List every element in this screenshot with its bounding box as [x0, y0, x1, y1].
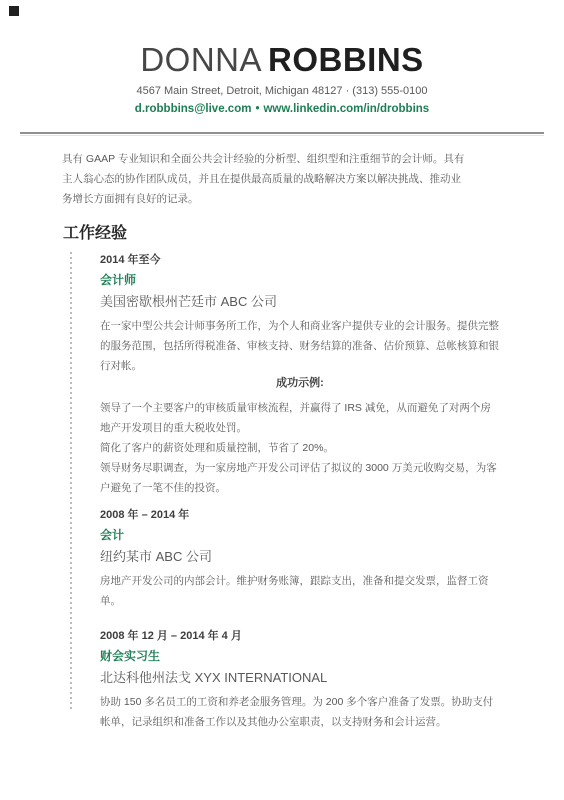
job-company: 纽约某市 ABC 公司	[100, 549, 500, 565]
timeline-dotted-rule	[70, 252, 72, 710]
highlights-title: 成功示例:	[100, 376, 500, 390]
job-company: 美国密歇根州芒廷市 ABC 公司	[100, 294, 500, 310]
address-line: 4567 Main Street, Detroit, Michigan 4812…	[0, 85, 564, 98]
highlight-item: 领导财务尽职调查，为一家房地产开发公司评估了拟议的 3000 万美元收购交易，为…	[100, 458, 500, 498]
job-description: 协助 150 多名员工的工资和养老金服务管理。为 200 多个客户准备了发票。协…	[100, 692, 500, 732]
job-title: 会计	[100, 528, 500, 542]
highlight-item: 简化了客户的薪资处理和质量控制，节省了 20%。	[100, 438, 500, 458]
highlight-item: 领导了一个主要客户的审核质量审核流程，并赢得了 IRS 减免，从而避免了对两个房…	[100, 398, 500, 438]
job-dates: 2008 年 – 2014 年	[100, 508, 500, 522]
job-dates: 2008 年 12 月 – 2014 年 4 月	[100, 629, 500, 643]
job-description: 在一家中型公共会计师事务所工作，为个人和商业客户提供专业的会计服务。提供完整的服…	[100, 316, 500, 376]
job-title: 会计师	[100, 273, 500, 287]
job-company: 北达科他州法戈 XYX INTERNATIONAL	[100, 670, 500, 686]
corner-square-icon	[9, 6, 19, 16]
linkedin-link[interactable]: www.linkedin.com/in/drobbins	[263, 103, 429, 115]
job-title: 财会实习生	[100, 649, 500, 663]
section-title-experience: 工作经验	[63, 225, 564, 243]
highlights-list: 领导了一个主要客户的审核质量审核流程，并赢得了 IRS 减免，从而避免了对两个房…	[100, 398, 500, 498]
job-entry-accountant-current: 2014 年至今 会计师 美国密歇根州芒廷市 ABC 公司 在一家中型公共会计师…	[100, 253, 500, 498]
header-divider	[20, 132, 544, 136]
summary-paragraph: 具有 GAAP 专业知识和全面公共会计经验的分析型、组织型和注重细节的会计师。具…	[62, 149, 467, 209]
experience-list: 2014 年至今 会计师 美国密歇根州芒廷市 ABC 公司 在一家中型公共会计师…	[100, 253, 500, 732]
job-entry-accountant-2008: 2008 年 – 2014 年 会计 纽约某市 ABC 公司 房地产开发公司的内…	[100, 508, 500, 611]
job-entry-intern: 2008 年 12 月 – 2014 年 4 月 财会实习生 北达科他州法戈 X…	[100, 629, 500, 732]
job-dates: 2014 年至今	[100, 253, 500, 267]
contact-line: d.robbbins@live.com•www.linkedin.com/in/…	[0, 103, 564, 116]
resume-header: DONNAROBBINS 4567 Main Street, Detroit, …	[0, 0, 564, 116]
contact-separator: •	[255, 103, 259, 115]
first-name: DONNA	[140, 41, 262, 78]
person-name: DONNAROBBINS	[0, 0, 564, 78]
last-name: ROBBINS	[268, 41, 424, 78]
job-description: 房地产开发公司的内部会计。维护财务账簿，跟踪支出，准备和提交发票，监督工资单。	[100, 571, 500, 611]
email-link[interactable]: d.robbbins@live.com	[135, 103, 252, 115]
